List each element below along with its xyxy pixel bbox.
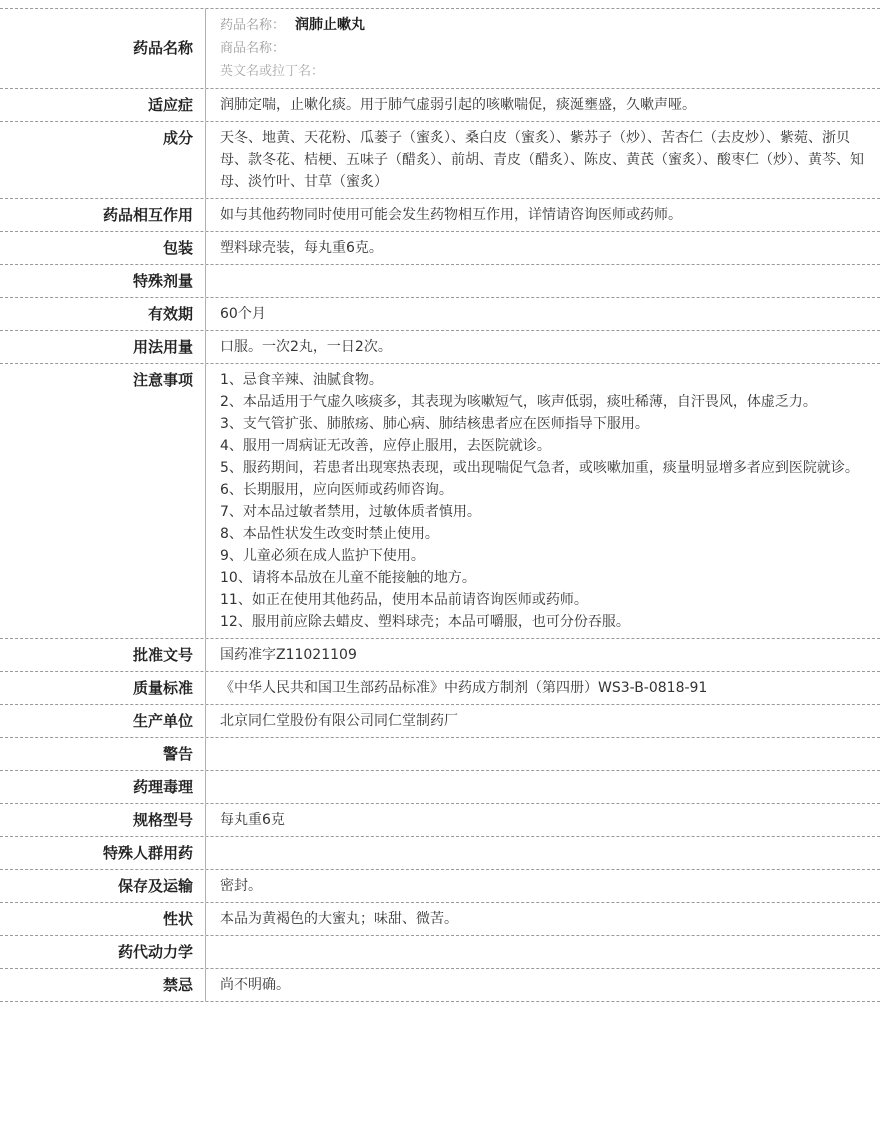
precaution-item: 1、忌食辛辣、油腻食物。 bbox=[220, 369, 866, 391]
row-header: 禁忌 bbox=[0, 969, 205, 1001]
row-header: 药品相互作用 bbox=[0, 199, 205, 231]
row-header: 性状 bbox=[0, 903, 205, 935]
table-row-indications: 适应症 润肺定喘，止嗽化痰。用于肺气虚弱引起的咳嗽喘促，痰涎壅盛，久嗽声哑。 bbox=[0, 89, 880, 122]
row-header: 有效期 bbox=[0, 298, 205, 330]
english-name-line: 英文名或拉丁名： bbox=[220, 60, 866, 83]
table-row-pharmacokinetics: 药代动力学 bbox=[0, 936, 880, 969]
bottom-whitespace bbox=[0, 1002, 880, 1114]
precaution-item: 8、本品性状发生改变时禁止使用。 bbox=[220, 523, 866, 545]
precaution-item: 12、服用前应除去蜡皮、塑料球壳；本品可嚼服，也可分份吞服。 bbox=[220, 611, 866, 633]
row-header: 规格型号 bbox=[0, 804, 205, 836]
row-header: 批准文号 bbox=[0, 639, 205, 671]
row-value: 尚不明确。 bbox=[205, 969, 880, 1001]
row-value bbox=[205, 771, 880, 803]
table-row-special-dosage: 特殊剂量 bbox=[0, 265, 880, 298]
row-value: 口服。一次2丸，一日2次。 bbox=[205, 331, 880, 363]
row-header: 特殊人群用药 bbox=[0, 837, 205, 869]
row-header: 药代动力学 bbox=[0, 936, 205, 968]
row-value: 天冬、地黄、天花粉、瓜蒌子（蜜炙）、桑白皮（蜜炙）、紫苏子（炒）、苦杏仁（去皮炒… bbox=[205, 122, 880, 198]
trade-name-line: 商品名称： bbox=[220, 37, 866, 60]
precaution-item: 10、请将本品放在儿童不能接触的地方。 bbox=[220, 567, 866, 589]
row-value bbox=[205, 738, 880, 770]
row-header: 保存及运输 bbox=[0, 870, 205, 902]
row-header: 包装 bbox=[0, 232, 205, 264]
table-row-specification: 规格型号 每丸重6克 bbox=[0, 804, 880, 837]
row-header-drug-name: 药品名称 bbox=[0, 9, 205, 88]
precaution-item: 4、服用一周病证无改善，应停止服用，去医院就诊。 bbox=[220, 435, 866, 457]
drug-name-cell: 药品名称：润肺止嗽丸 商品名称： 英文名或拉丁名： bbox=[205, 9, 880, 88]
precaution-item: 5、服药期间，若患者出现寒热表现，或出现喘促气急者，或咳嗽加重，痰量明显增多者应… bbox=[220, 457, 866, 479]
row-value: 密封。 bbox=[205, 870, 880, 902]
table-row-precautions: 注意事项 1、忌食辛辣、油腻食物。 2、本品适用于气虚久咳痰多，其表现为咳嗽短气… bbox=[0, 364, 880, 639]
row-value: 每丸重6克 bbox=[205, 804, 880, 836]
row-value: 北京同仁堂股份有限公司同仁堂制药厂 bbox=[205, 705, 880, 737]
row-value: 润肺定喘，止嗽化痰。用于肺气虚弱引起的咳嗽喘促，痰涎壅盛，久嗽声哑。 bbox=[205, 89, 880, 121]
row-header: 特殊剂量 bbox=[0, 265, 205, 297]
row-value: 60个月 bbox=[205, 298, 880, 330]
row-value: 塑料球壳装，每丸重6克。 bbox=[205, 232, 880, 264]
drug-name-value: 润肺止嗽丸 bbox=[295, 17, 365, 33]
table-row-warning: 警告 bbox=[0, 738, 880, 771]
row-value bbox=[205, 265, 880, 297]
drug-info-table: 药品名称 药品名称：润肺止嗽丸 商品名称： 英文名或拉丁名： 适应症 润肺定喘，… bbox=[0, 8, 880, 1002]
table-row-interactions: 药品相互作用 如与其他药物同时使用可能会发生药物相互作用，详情请咨询医师或药师。 bbox=[0, 199, 880, 232]
precaution-item: 7、对本品过敏者禁用，过敏体质者慎用。 bbox=[220, 501, 866, 523]
precaution-item: 3、支气管扩张、肺脓疡、肺心病、肺结核患者应在医师指导下服用。 bbox=[220, 413, 866, 435]
drug-name-sublabel: 药品名称： bbox=[220, 18, 285, 33]
row-value bbox=[205, 936, 880, 968]
table-row-special-populations: 特殊人群用药 bbox=[0, 837, 880, 870]
precaution-item: 2、本品适用于气虚久咳痰多，其表现为咳嗽短气，咳声低弱，痰吐稀薄，自汗畏风，体虚… bbox=[220, 391, 866, 413]
precaution-item: 9、儿童必须在成人监护下使用。 bbox=[220, 545, 866, 567]
precaution-item: 6、长期服用，应向医师或药师咨询。 bbox=[220, 479, 866, 501]
row-value: 《中华人民共和国卫生部药品标准》中药成方制剂（第四册）WS3-B-0818-91 bbox=[205, 672, 880, 704]
table-row-contraindications: 禁忌 尚不明确。 bbox=[0, 969, 880, 1002]
drug-name-line: 药品名称：润肺止嗽丸 bbox=[220, 14, 866, 37]
row-value: 如与其他药物同时使用可能会发生药物相互作用，详情请咨询医师或药师。 bbox=[205, 199, 880, 231]
row-header: 药理毒理 bbox=[0, 771, 205, 803]
row-value: 本品为黄褐色的大蜜丸；味甜、微苦。 bbox=[205, 903, 880, 935]
row-header: 注意事项 bbox=[0, 364, 205, 638]
row-header: 适应症 bbox=[0, 89, 205, 121]
row-header: 质量标准 bbox=[0, 672, 205, 704]
row-header: 生产单位 bbox=[0, 705, 205, 737]
table-row-manufacturer: 生产单位 北京同仁堂股份有限公司同仁堂制药厂 bbox=[0, 705, 880, 738]
table-row-description: 性状 本品为黄褐色的大蜜丸；味甜、微苦。 bbox=[0, 903, 880, 936]
english-name-sublabel: 英文名或拉丁名： bbox=[220, 64, 324, 79]
table-row-drug-name: 药品名称 药品名称：润肺止嗽丸 商品名称： 英文名或拉丁名： bbox=[0, 9, 880, 89]
row-value: 国药准字Z11021109 bbox=[205, 639, 880, 671]
row-header: 成分 bbox=[0, 122, 205, 198]
precaution-item: 11、如正在使用其他药品，使用本品前请咨询医师或药师。 bbox=[220, 589, 866, 611]
table-row-dosage: 用法用量 口服。一次2丸，一日2次。 bbox=[0, 331, 880, 364]
table-row-packaging: 包装 塑料球壳装，每丸重6克。 bbox=[0, 232, 880, 265]
row-header: 用法用量 bbox=[0, 331, 205, 363]
trade-name-sublabel: 商品名称： bbox=[220, 41, 285, 56]
precautions-list: 1、忌食辛辣、油腻食物。 2、本品适用于气虚久咳痰多，其表现为咳嗽短气，咳声低弱… bbox=[205, 364, 880, 638]
table-row-quality-standard: 质量标准 《中华人民共和国卫生部药品标准》中药成方制剂（第四册）WS3-B-08… bbox=[0, 672, 880, 705]
row-value bbox=[205, 837, 880, 869]
table-row-shelf-life: 有效期 60个月 bbox=[0, 298, 880, 331]
table-row-ingredients: 成分 天冬、地黄、天花粉、瓜蒌子（蜜炙）、桑白皮（蜜炙）、紫苏子（炒）、苦杏仁（… bbox=[0, 122, 880, 199]
table-row-storage-transport: 保存及运输 密封。 bbox=[0, 870, 880, 903]
row-header: 警告 bbox=[0, 738, 205, 770]
table-row-approval-number: 批准文号 国药准字Z11021109 bbox=[0, 639, 880, 672]
table-row-pharmacology-toxicology: 药理毒理 bbox=[0, 771, 880, 804]
